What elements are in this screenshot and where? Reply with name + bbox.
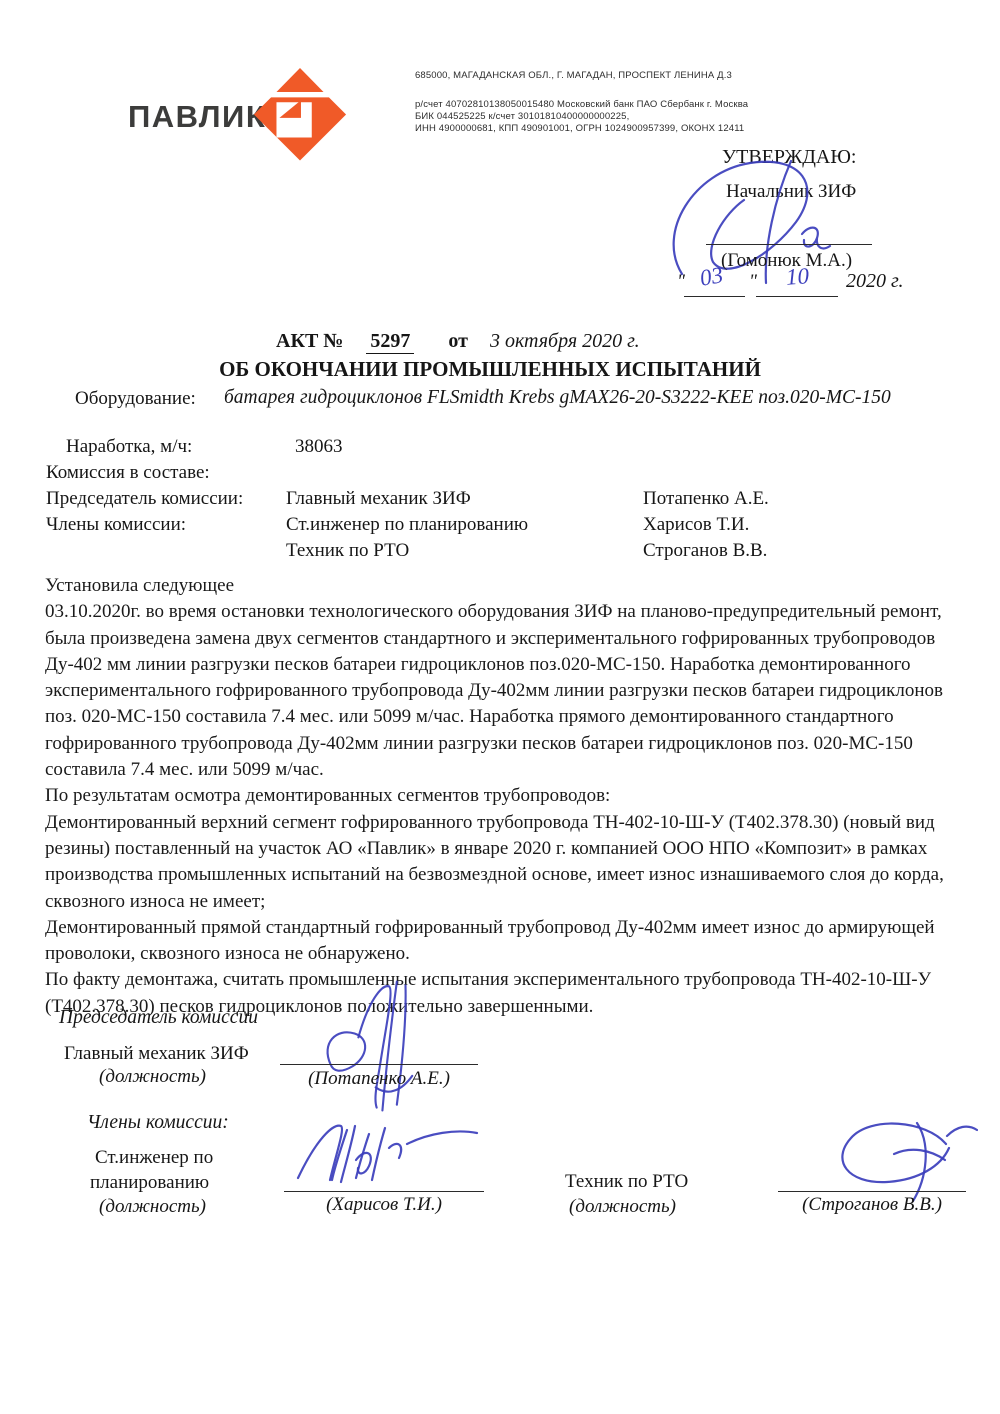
signing-member2-name: (Строганов В.В.) <box>778 1194 966 1216</box>
date-quote-close: " <box>749 271 757 293</box>
letterhead-bik-corr: БИК 044525225 к/счет 3010181040000000022… <box>415 111 629 123</box>
member2-row-position: Техник по РТО <box>286 540 409 562</box>
act-body: Установила следующее 03.10.2020г. во вре… <box>45 573 962 1020</box>
body-paragraph: Демонтированный прямой стандартный гофри… <box>45 915 962 968</box>
chairman-row-label: Председатель комиссии: <box>46 488 243 510</box>
equipment-label: Оборудование: <box>75 388 196 410</box>
act-title-row: АКТ № 5297 от 3 октября 2020 г. <box>276 330 640 354</box>
date-day-underline <box>684 296 745 297</box>
chairman-row-name: Потапенко А.Е. <box>643 488 769 510</box>
member2-signature-line <box>778 1191 966 1192</box>
signing-chairman-position-caption: (должность) <box>99 1066 206 1088</box>
signing-member1-position-line2: планированию <box>90 1172 209 1194</box>
chairman-signature <box>318 978 443 1116</box>
date-month-handwritten: 10 <box>785 263 810 291</box>
member1-row-position: Ст.инженер по планированию <box>286 514 528 536</box>
act-number: 5297 <box>366 330 414 354</box>
signing-member2-position-caption: (должность) <box>569 1196 676 1218</box>
act-date: 3 октября 2020 г. <box>490 330 640 353</box>
body-intro: Установила следующее <box>45 573 962 599</box>
document-page: ПАВЛИК 685000, МАГАДАНСКАЯ ОБЛ., Г. МАГА… <box>0 0 1000 1414</box>
body-paragraph: По результатам осмотра демонтированных с… <box>45 783 962 809</box>
body-paragraph: 03.10.2020г. во время остановки технолог… <box>45 599 962 783</box>
company-logo-text: ПАВЛИК <box>128 99 266 135</box>
equipment-value: батарея гидроциклонов FLSmidth Krebs gMA… <box>224 387 891 409</box>
act-subtitle: ОБ ОКОНЧАНИИ ПРОМЫШЛЕННЫХ ИСПЫТАНИЙ <box>0 357 980 382</box>
member2-row-name: Строганов В.В. <box>643 540 767 562</box>
signing-member2-position: Техник по РТО <box>565 1171 688 1193</box>
member1-signature <box>288 1118 488 1196</box>
runtime-label: Наработка, м/ч: <box>66 436 192 458</box>
approval-signature-line <box>706 244 872 245</box>
member1-row-name: Харисов Т.И. <box>643 514 749 536</box>
date-month-underline <box>756 296 838 297</box>
signing-member1-position-line1: Ст.инженер по <box>95 1147 213 1169</box>
body-paragraph: Демонтированный верхний сегмент гофриров… <box>45 810 962 915</box>
member1-signature-line <box>284 1191 484 1192</box>
chairman-row-position: Главный механик ЗИФ <box>286 488 471 510</box>
act-from-label: от <box>448 330 468 353</box>
letterhead-address: 685000, МАГАДАНСКАЯ ОБЛ., Г. МАГАДАН, ПР… <box>415 70 732 82</box>
signing-chairman-name: (Потапенко А.Е.) <box>280 1068 478 1090</box>
date-year: 2020 г. <box>846 270 904 293</box>
chairman-signature-line <box>280 1064 478 1065</box>
letterhead-bank-account: р/счет 40702810138050015480 Московский б… <box>415 99 748 111</box>
commission-heading: Комиссия в составе: <box>46 462 210 484</box>
runtime-value: 38063 <box>295 436 343 458</box>
signing-chairman-caption: Председатель комиссии <box>59 1007 258 1029</box>
date-day-handwritten: 03 <box>698 262 725 292</box>
members-row-label: Члены комиссии: <box>46 514 186 536</box>
signing-member1-position-caption: (должность) <box>99 1196 206 1218</box>
signing-member1-name: (Харисов Т.И.) <box>284 1194 484 1216</box>
signing-chairman-position: Главный механик ЗИФ <box>64 1043 249 1065</box>
act-label: АКТ № <box>276 330 343 353</box>
company-logo-icon <box>251 64 349 164</box>
signing-members-caption: Члены комиссии: <box>87 1112 229 1134</box>
letterhead-inn-ogrn: ИНН 4900000681, КПП 490901001, ОГРН 1024… <box>415 123 744 135</box>
date-quote-open: " <box>677 271 685 293</box>
